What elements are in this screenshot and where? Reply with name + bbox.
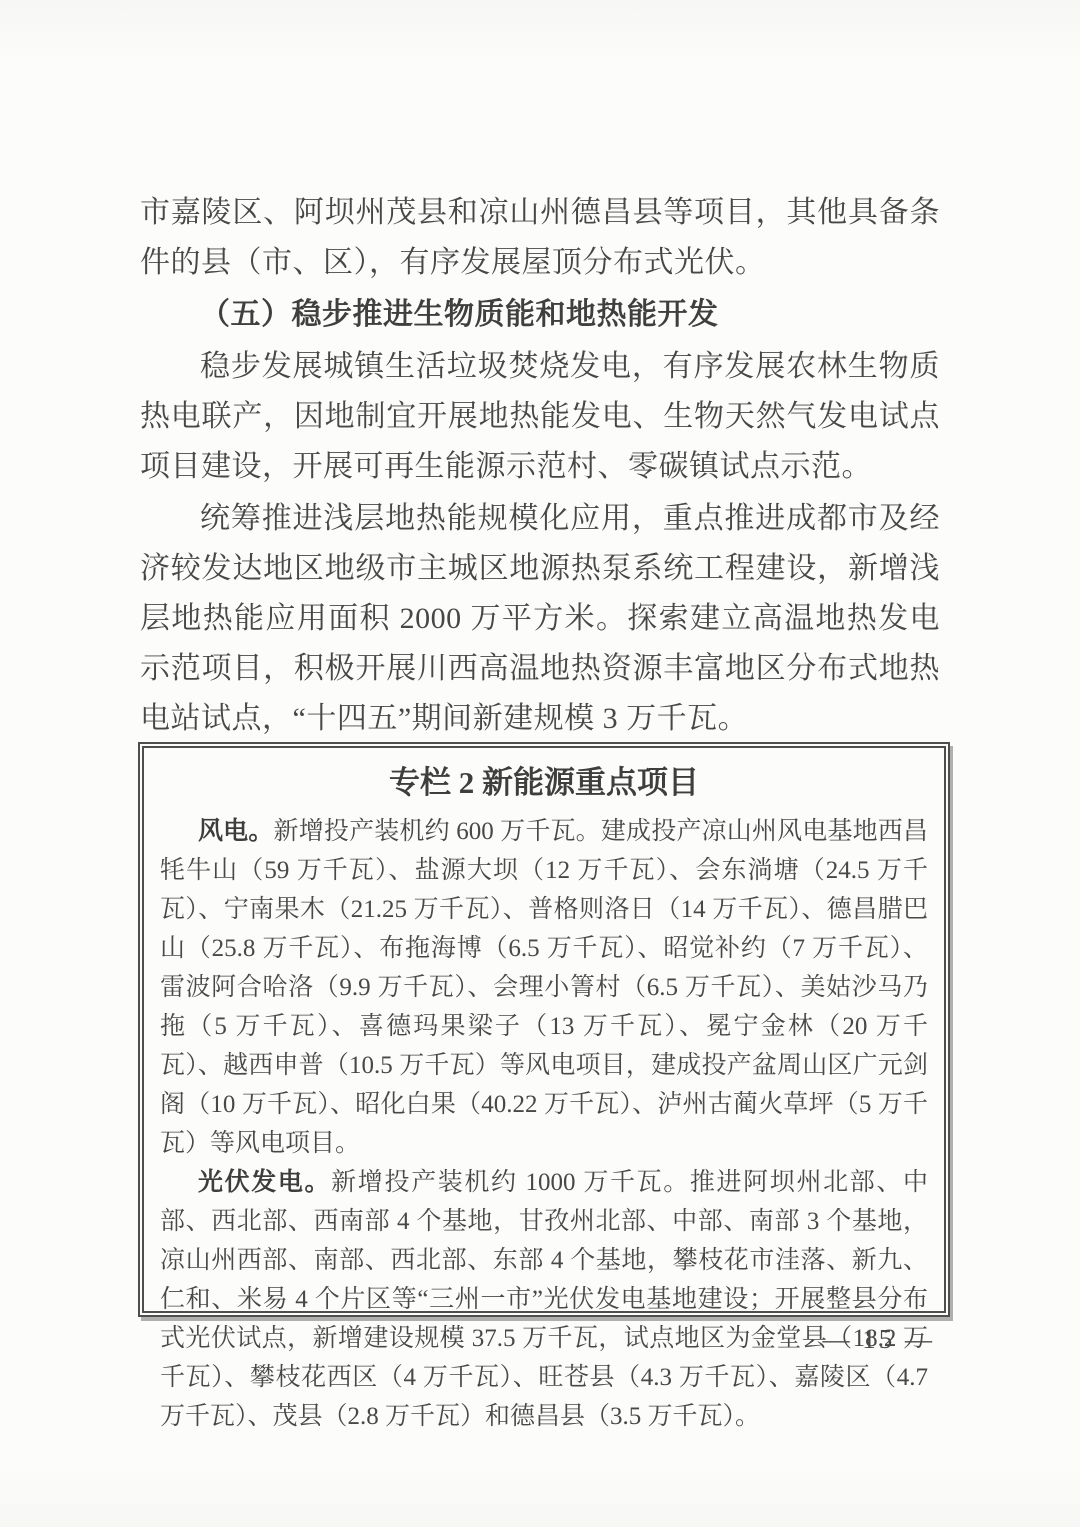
body-text-block: 市嘉陵区、阿坝州茂县和凉山州德昌县等项目，其他具备条件的县（市、区），有序发展屋… (140, 188, 940, 744)
box-paragraph-solar: 光伏发电。新增投产装机约 1000 万千瓦。推进阿坝州北部、中部、西北部、西南部… (160, 1163, 928, 1436)
paragraph-geothermal: 统筹推进浅层地热能规模化应用，重点推进成都市及经济较发达地区地级市主城区地源热泵… (140, 494, 940, 744)
feature-box-title: 专栏 2 新能源重点项目 (160, 762, 928, 804)
box-paragraph-solar-text: 新增投产装机约 1000 万千瓦。推进阿坝州北部、中部、西北部、西南部 4 个基… (160, 1169, 928, 1430)
paragraph-continuation: 市嘉陵区、阿坝州茂县和凉山州德昌县等项目，其他具备条件的县（市、区），有序发展屋… (140, 188, 940, 288)
paragraph-biomass: 稳步发展城镇生活垃圾焚烧发电，有序发展农林生物质热电联产，因地制宜开展地热能发电… (140, 342, 940, 492)
page-number: — 15 — (0, 1324, 935, 1355)
box-paragraph-wind-lead: 风电。 (198, 818, 274, 845)
scanned-document-page: 市嘉陵区、阿坝州茂县和凉山州德昌县等项目，其他具备条件的县（市、区），有序发展屋… (0, 0, 1080, 1527)
feature-box-column2: 专栏 2 新能源重点项目 风电。新增投产装机约 600 万千瓦。建成投产凉山州风… (138, 742, 950, 1317)
box-paragraph-wind-text: 新增投产装机约 600 万千瓦。建成投产凉山州风电基地西昌牦牛山（59 万千瓦）… (160, 818, 928, 1157)
box-paragraph-solar-lead: 光伏发电。 (198, 1169, 331, 1196)
section-heading-5: （五）稳步推进生物质能和地热能开发 (140, 290, 940, 340)
box-paragraph-wind: 风电。新增投产装机约 600 万千瓦。建成投产凉山州风电基地西昌牦牛山（59 万… (160, 812, 928, 1163)
